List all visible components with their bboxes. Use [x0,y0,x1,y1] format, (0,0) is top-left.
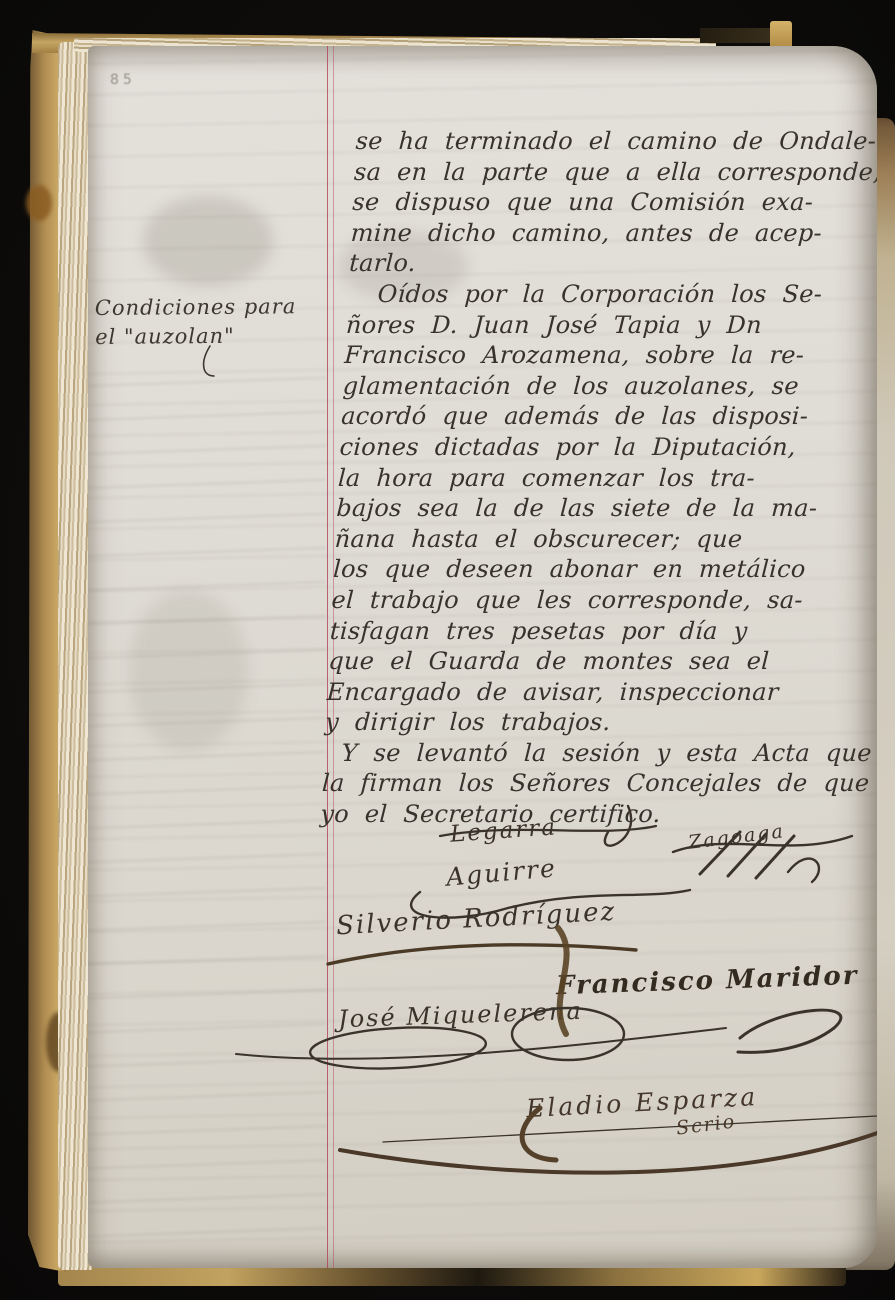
bookmark-tab [770,21,792,47]
scan-background: { "manuscript": { "page_number_mark": "8… [0,0,895,1300]
signature-flourish [788,859,819,882]
ink-flourishes-layer [88,46,877,1268]
signature-flourish [700,832,794,878]
page-stack-left-edges [58,42,92,1270]
signature-flourish [411,890,690,918]
cover-stain [26,185,52,221]
spine-band [700,28,778,43]
signature-flourish [440,826,656,836]
signature-flourish [340,1132,877,1173]
signature-flourish [605,806,631,846]
signature-flourish [738,1010,841,1052]
margin-note-flourish [204,346,214,376]
manuscript-page: 85 Condiciones para el "auzolan" se ha t… [88,46,877,1268]
signature-flourish [328,945,636,964]
signature-flourish [309,1023,487,1072]
signature-flourish [383,1116,877,1142]
